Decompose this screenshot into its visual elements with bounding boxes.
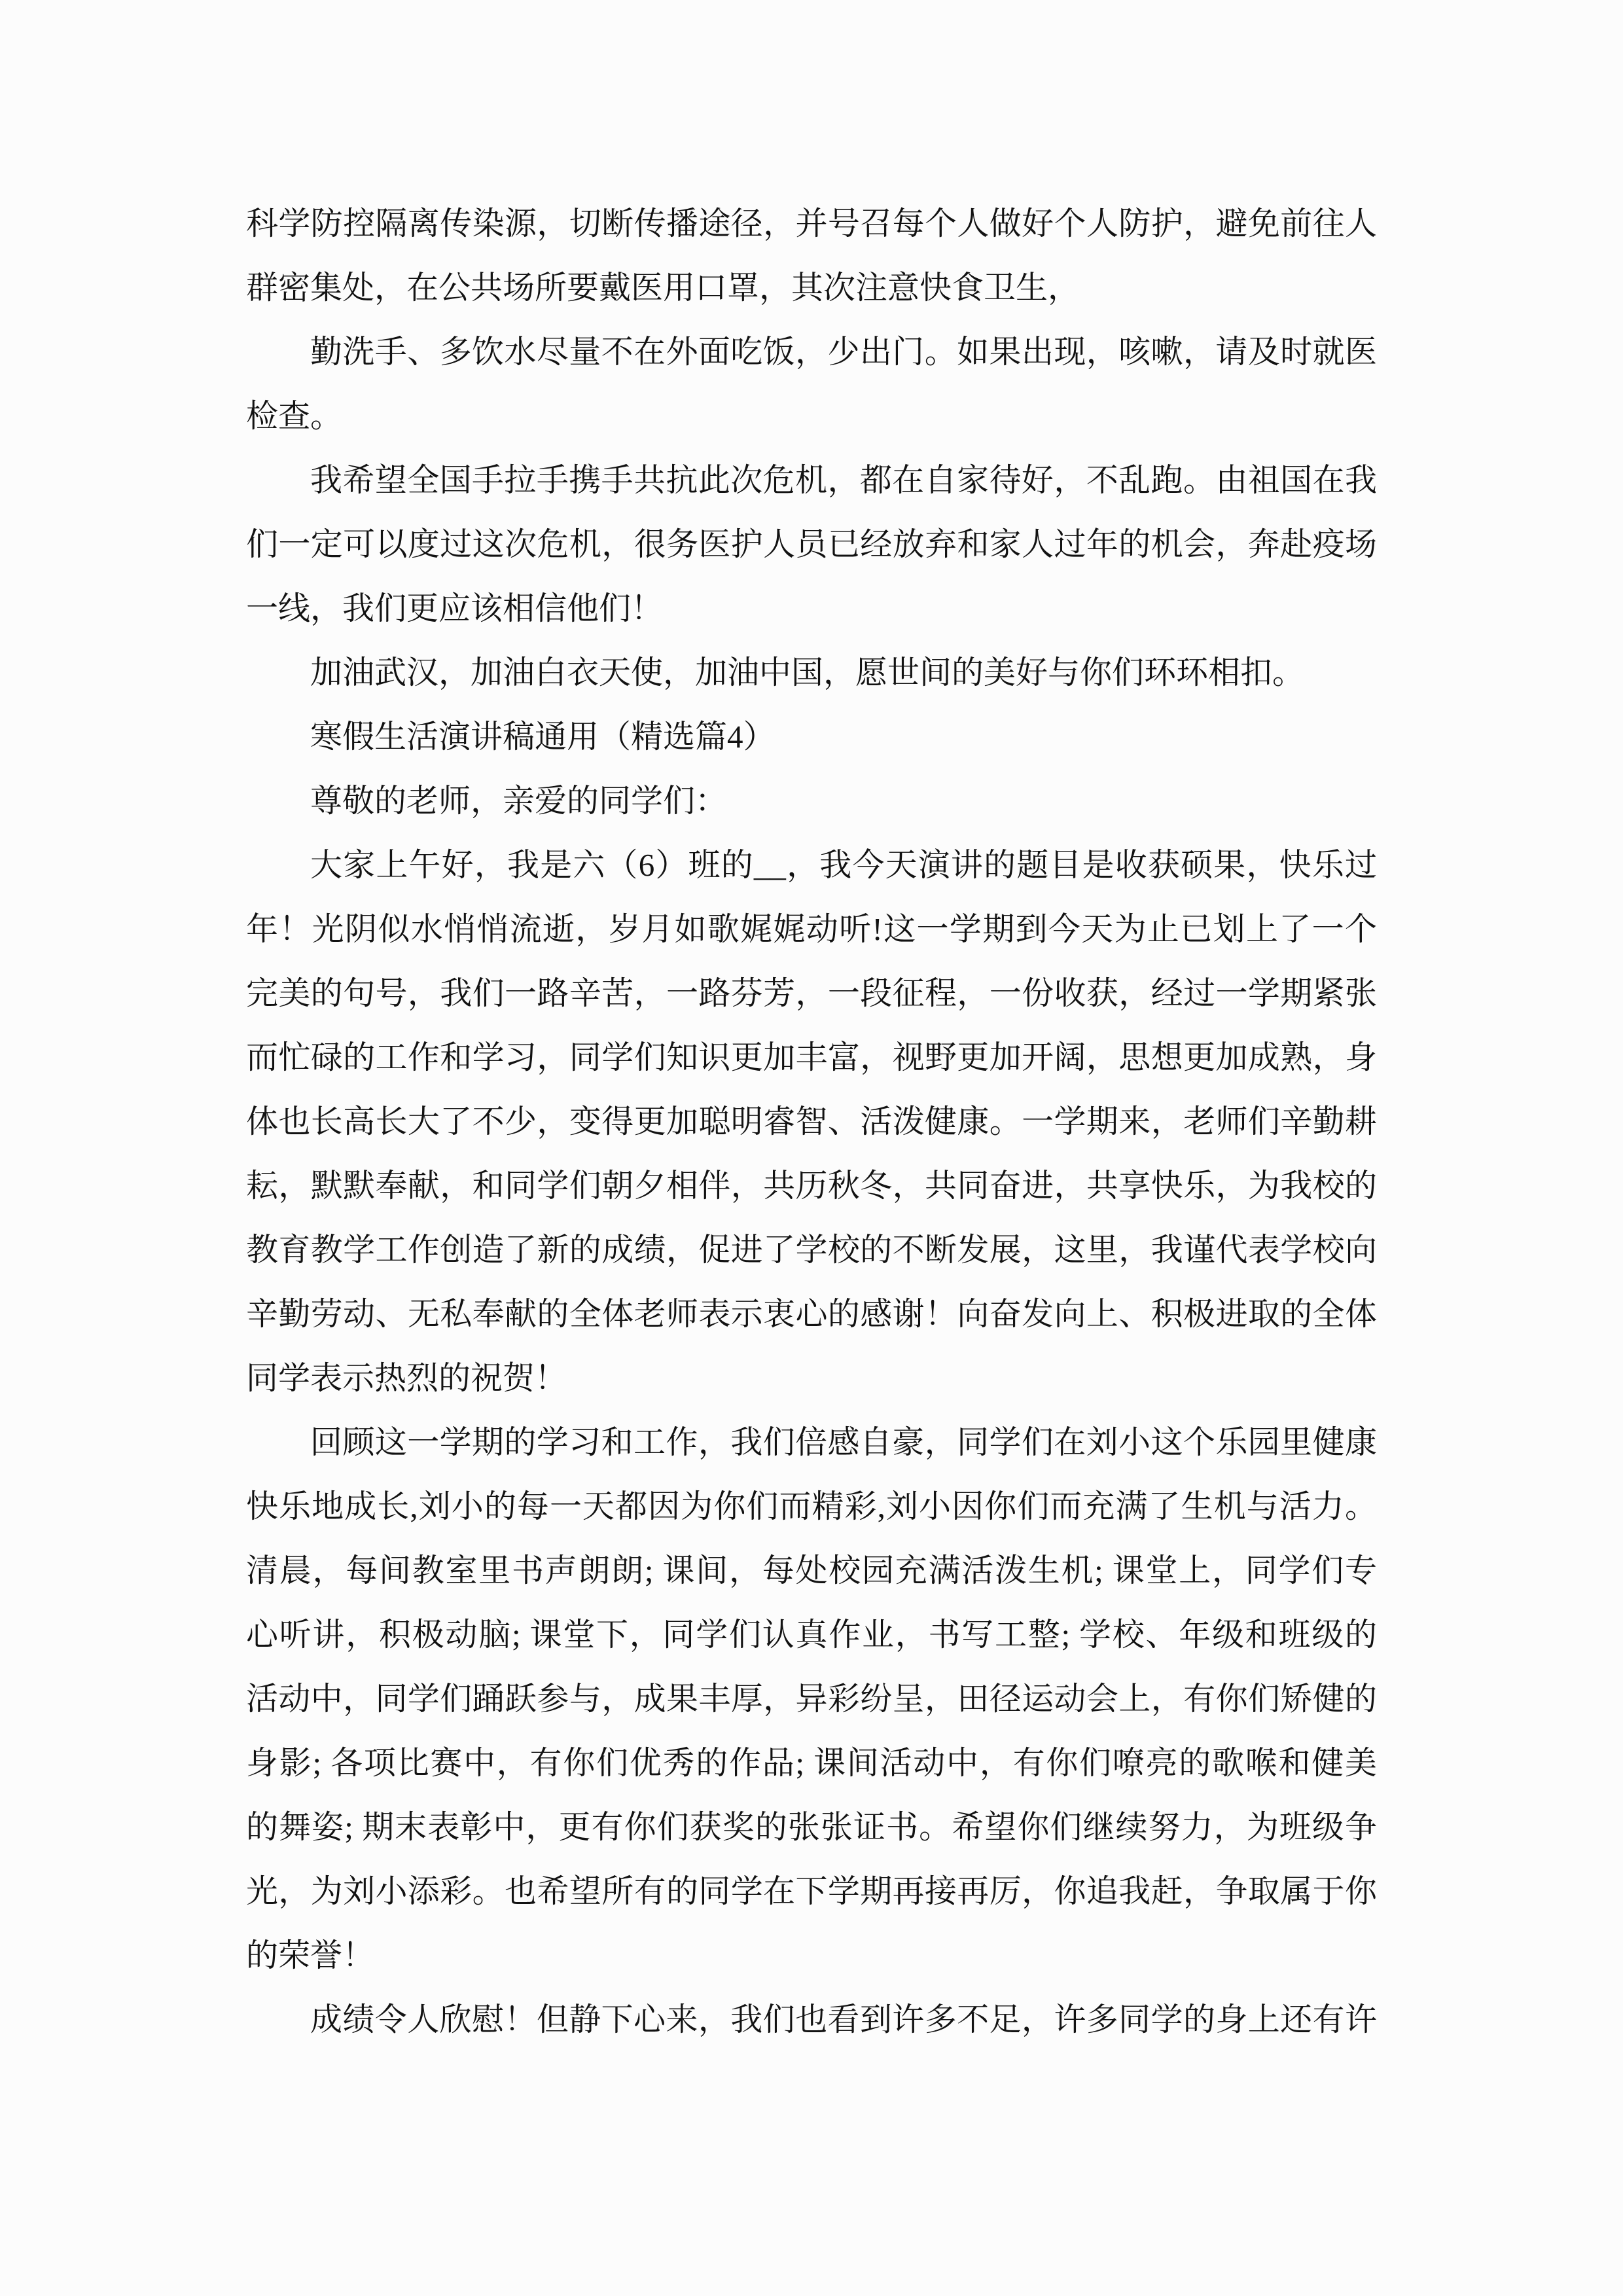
text-line: 光，为刘小添彩。也希望所有的同学在下学期再接再厉，你追我赶，争取属于你: [246, 1859, 1377, 1924]
text-line: 加油武汉，加油白衣天使，加油中国，愿世间的美好与你们环环相扣。: [246, 641, 1377, 705]
text-line: 们一定可以度过这次危机，很务医护人员已经放弃和家人过年的机会，奔赴疫场: [246, 512, 1377, 577]
text-line: 而忙碌的工作和学习，同学们知识更加丰富，视野更加开阔，思想更加成熟，身: [246, 1026, 1377, 1090]
text-line: 群密集处，在公共场所要戴医用口罩，其次注意快食卫生，: [246, 256, 1377, 320]
document-page: 科学防控隔离传染源，切断传播途径，并号召每个人做好个人防护，避免前往人群密集处，…: [0, 0, 1623, 2296]
text-line: 尊敬的老师，亲爱的同学们：: [246, 769, 1377, 833]
text-line: 同学表示热烈的祝贺！: [246, 1346, 1377, 1410]
text-line: 教育教学工作创造了新的成绩，促进了学校的不断发展，这里，我谨代表学校向: [246, 1218, 1377, 1282]
text-line: 的荣誉！: [246, 1924, 1377, 1988]
text-line: 大家上午好，我是六（6）班的__，我今天演讲的题目是收获硕果，快乐过: [246, 833, 1377, 897]
text-line: 完美的句号，我们一路辛苦，一路芬芳，一段征程，一份收获，经过一学期紧张: [246, 961, 1377, 1026]
text-line: 身影; 各项比赛中，有你们优秀的作品; 课间活动中，有你们嘹亮的歌喉和健美: [246, 1731, 1377, 1795]
text-line: 快乐地成长,刘小的每一天都因为你们而精彩,刘小因你们而充满了生机与活力。: [246, 1475, 1377, 1539]
text-line: 勤洗手、多饮水尽量不在外面吃饭，少出门。如果出现，咳嗽，请及时就医: [246, 320, 1377, 384]
text-line: 心听讲，积极动脑; 课堂下，同学们认真作业，书写工整; 学校、年级和班级的: [246, 1603, 1377, 1667]
text-line: 体也长高长大了不少，变得更加聪明睿智、活泼健康。一学期来，老师们辛勤耕: [246, 1090, 1377, 1154]
text-line: 寒假生活演讲稿通用（精选篇4）: [246, 705, 1377, 769]
text-line: 一线，我们更应该相信他们！: [246, 577, 1377, 641]
text-line: 年！光阴似水悄悄流逝，岁月如歌娓娓动听!这一学期到今天为止已划上了一个: [246, 897, 1377, 961]
text-line: 成绩令人欣慰！但静下心来，我们也看到许多不足，许多同学的身上还有许: [246, 1988, 1377, 2052]
text-line: 的舞姿; 期末表彰中，更有你们获奖的张张证书。希望你们继续努力，为班级争: [246, 1795, 1377, 1859]
text-line: 清晨，每间教室里书声朗朗; 课间，每处校园充满活泼生机; 课堂上，同学们专: [246, 1539, 1377, 1603]
text-line: 耘，默默奉献，和同学们朝夕相伴，共历秋冬，共同奋进，共享快乐，为我校的: [246, 1154, 1377, 1218]
text-line: 检查。: [246, 384, 1377, 448]
text-line: 我希望全国手拉手携手共抗此次危机，都在自家待好，不乱跑。由祖国在我: [246, 448, 1377, 512]
text-line: 辛勤劳动、无私奉献的全体老师表示衷心的感谢！向奋发向上、积极进取的全体: [246, 1282, 1377, 1346]
text-line: 科学防控隔离传染源，切断传播途径，并号召每个人做好个人防护，避免前往人: [246, 192, 1377, 256]
text-line: 活动中，同学们踊跃参与，成果丰厚，异彩纷呈，田径运动会上，有你们矫健的: [246, 1667, 1377, 1731]
text-line: 回顾这一学期的学习和工作，我们倍感自豪，同学们在刘小这个乐园里健康: [246, 1410, 1377, 1475]
document-text: 科学防控隔离传染源，切断传播途径，并号召每个人做好个人防护，避免前往人群密集处，…: [246, 192, 1377, 2052]
